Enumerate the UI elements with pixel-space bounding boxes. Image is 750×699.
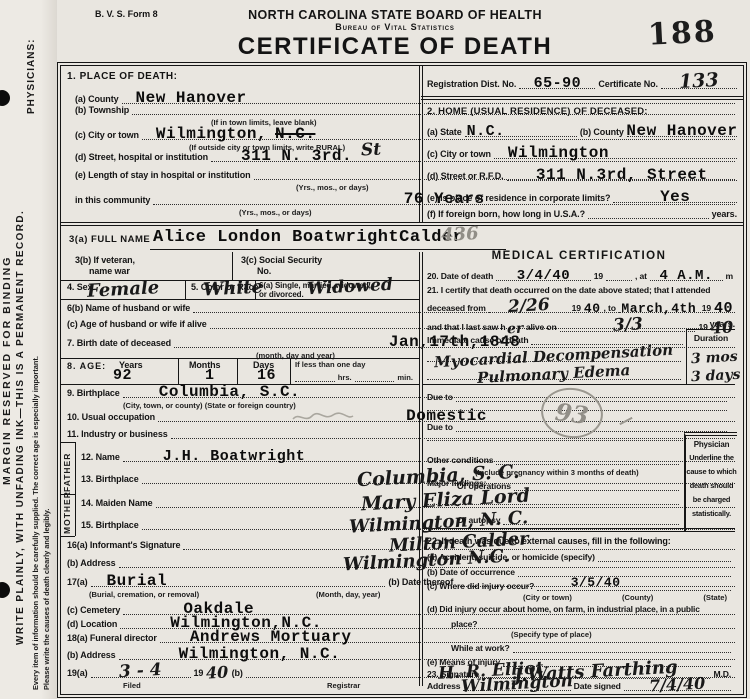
burial-type-line: Burial [91,571,386,587]
funeral-director-value: Andrews Mortuary [190,628,352,646]
injury-place-line [480,615,731,629]
place-city-struck-value: N.C. [275,125,315,143]
age-box-top [61,358,419,359]
other-conditions-label: Other conditions [427,455,493,465]
org-title: NORTH CAROLINA STATE BOARD OF HEALTH [200,8,590,22]
medical-certification-heading: MEDICAL CERTIFICATION [423,250,735,262]
form-number: B. V. S. Form 8 [95,9,158,19]
operations-line [514,477,679,491]
filed-caption: Filed [123,681,141,690]
father-name-label: 12. Name [81,452,120,462]
injury-place-hint: (Specify type of place) [511,630,592,639]
filed-year-value: 40 [206,662,229,682]
divider-4-5 [185,280,186,299]
operations-row: Of operations [457,478,679,491]
physician-note-line-4: be charged [686,495,737,504]
death-time-value: 4 A.M. [659,268,712,284]
injury-about-label: (d) Did injury occur about home, on farm… [427,604,700,614]
filed-b-label: (b) [232,668,243,678]
place-community-label: in this community [75,195,150,205]
where-injury-row: (c) Where did injury occur? [427,578,731,591]
physician-note-box: Physician Underline the cause to which d… [684,432,737,532]
filed-year-prefix: 19 [194,668,204,678]
operations-cont-line [427,504,679,505]
due-to-label-1: Due to [427,392,453,402]
date-signed-line: 7/4/40 [624,676,731,691]
place-street-value: 311 N. 3rd. [241,147,352,165]
cause-2-line: Pulmonary Edema [427,363,681,380]
at-work-label: While at work? [451,643,510,653]
mother-birthplace-label: 15. Birthplace [81,520,139,530]
punch-hole-top [0,90,10,106]
cemetery-location-label: (d) Location [67,619,117,629]
stamp-number: 188 [647,14,717,53]
marital-label-2: or divorced. [259,290,304,299]
place-street-handwritten: St [360,139,381,160]
funeral-address-label: (b) Address [67,650,116,660]
last-saw-19: 19 [698,322,707,332]
spouse-name-label: 6(b) Name of husband or wife [67,303,190,313]
informant-address-label: (b) Address [67,558,116,568]
filed-item-label: 19(a) [67,668,88,678]
death-certificate-page: { "margin": { "physicians": "PHYSICIANS:… [0,0,750,699]
attended-19b: 19 [702,303,711,313]
full-name-value: Alice London BoatwrightCalder [153,228,463,247]
occurrence-line [518,563,731,577]
physician-note-line-5: statistically. [686,509,737,518]
spouse-age-label: (c) Age of husband or wife if alive [67,319,207,329]
date-of-death-at: , at [635,271,647,281]
full-name-label: 3(a) FULL NAME [69,234,150,245]
where-injury-line [537,577,731,591]
injury-place-label: place? [451,619,477,629]
attended-from-line: 2/26 [489,296,569,313]
industry-label: 11. Industry or business [67,429,168,439]
immediate-cause-label: Immediate cause of death [427,335,528,345]
informant-signature-label: 16(a) Informant's Signature [67,540,180,550]
accident-line [598,548,731,562]
veteran-label-2: name war [89,266,130,276]
attended-year1-value: 40 [584,301,601,316]
place-stay-label: (e) Length of stay in hospital or instit… [75,170,251,180]
cause-bottom-rule [423,384,735,385]
other-conditions-line [496,451,679,465]
place-street-label: (d) Street, hospital or institution [75,152,208,162]
operations-label: Of operations [457,481,511,491]
place-city-value: Wilmington, [156,125,267,143]
certificate-form: 1. PLACE OF DEATH: (a) County New Hanove… [57,62,747,698]
external-causes-rule [423,528,735,532]
birthdate-label: 7. Birth date of deceased [67,338,171,348]
death-time-line: 4 A.M. [650,265,723,281]
margin-binding-note: MARGIN RESERVED FOR BINDING [1,155,13,485]
margin-physicians-label: PHYSICIANS: [26,8,37,114]
race-value: White [202,276,263,300]
occupation-label: 10. Usual occupation [67,412,155,422]
marital-value: Widowed [307,275,394,299]
duration-1-value: 3 mos [691,349,738,367]
where-hint-state: (State) [703,593,727,602]
funeral-director-label: 18(a) Funeral director [67,633,157,643]
physician-note-line-3: death should [686,481,737,490]
at-work-line [513,639,731,653]
father-birthplace-label: 13. Birthplace [81,474,139,484]
occurrence-label: (b) Date of occurrence [427,567,515,577]
date-signed-label: Date signed [574,681,621,691]
duration-top-rule [686,329,735,330]
page-title: CERTIFICATE OF DEATH [170,33,620,61]
margin-note-1: Every item of information should be care… [31,130,40,690]
date-of-death-row: 20. Date of death 3/4/40 19 , at 4 A.M. … [427,266,733,281]
injury-place-row: place? [451,616,731,629]
physician-address-row: Address Wilmington Date signed 7/4/40 [427,677,731,691]
certify-text: 21. I certify that death occurred on the… [427,285,710,295]
burial-type-value: Burial [107,572,168,590]
mother-side-label: MOTHER [62,496,72,534]
external-causes-heading: 22. If death was due to external causes,… [427,536,671,546]
cemetery-label: (c) Cemetery [67,605,120,615]
last-saw-line: 3/3 [560,315,696,332]
birthplace-label: 9. Birthplace [67,388,120,398]
duration-divider [686,329,687,384]
burial-date-hint: (Month, day, year) [316,590,380,599]
place-city-label: (c) City or town [75,130,139,140]
medical-certification-section: MEDICAL CERTIFICATION 20. Date of death … [423,66,735,686]
where-injury-label: (c) Where did injury occur? [427,581,534,591]
physician-note-title: Physician [686,440,737,449]
burial-type-hint: (Burial, cremation, or removal) [89,590,199,599]
mother-name-label: 14. Maiden Name [81,498,153,508]
due-to-label-2: Due to [427,422,453,432]
date-of-death-value: 3/4/40 [517,268,570,284]
where-hint-county: (County) [622,593,653,602]
where-injury-hints: (City or town) (County) (State) [523,592,727,602]
cause-line-1: Myocardial Decompensation [427,346,681,362]
physician-note-line-1: Underline the [686,453,737,462]
autopsy-row: Of autopsy [457,512,679,525]
parent-band-divider [75,442,76,536]
pencil-scribble [291,410,355,424]
due-to-cont-2 [427,440,683,441]
attended-from-row: deceased from 2/26 19 40 , to March,4th … [427,297,733,313]
where-hint-city: (City or town) [523,593,572,602]
divider-3bc [232,252,233,280]
physician-address-label: Address [427,681,460,691]
attended-from-value: 2/26 [507,295,550,317]
accident-row: (a) Accident, suicide, or homicide (spec… [427,549,731,562]
attended-from-label: deceased from [427,303,486,313]
cause-line-2: Pulmonary Edema [427,364,681,380]
physician-address-line: Wilmington [463,676,570,691]
attended-to-label: , to [604,303,616,313]
filed-date-value: 3 - 4 [119,660,163,682]
burial-item-label: 17(a) [67,577,88,587]
other-conditions-hint: (Include pregnancy within 3 months of de… [475,468,639,477]
death-time-m: m [726,271,734,281]
date-of-death-year-line [606,265,632,281]
attended-year2-value: 40 [714,300,733,317]
ssn-label-1: 3(c) Social Security [241,255,322,265]
father-side-label: FATHER [62,446,72,492]
binding-margin: MARGIN RESERVED FOR BINDING WRITE PLAINL… [0,0,57,699]
other-conditions-row: Other conditions [427,452,679,465]
ssn-label-2: No. [257,266,271,276]
attended-19a: 19 [572,303,581,313]
duration-2-value: 3 days [691,367,741,386]
father-name-value: J.H. Boatwright [163,448,306,465]
parent-band-top [61,442,75,443]
margin-write-plainly-note: WRITE PLAINLY, WITH UNFADING INK—THIS IS… [15,125,26,645]
date-signed-value: 7/4/40 [649,674,706,696]
registrar-caption: Registrar [327,681,360,690]
date-of-death-19: 19 [594,271,603,281]
date-of-death-label: 20. Date of death [427,271,493,281]
sex-value: Female [86,277,159,302]
accident-label: (a) Accident, suicide, or homicide (spec… [427,552,595,562]
last-saw-label-1: and that I last saw h [427,322,506,332]
birthplace-value: Columbia, S.C. [159,383,300,401]
autopsy-line [503,511,679,525]
place-of-death-heading: 1. PLACE OF DEATH: [67,71,177,82]
physician-note-line-2: cause to which [686,467,737,476]
margin-note-2: Please write the causes of death clearly… [42,130,51,690]
veteran-label-1: 3(b) If veteran, [75,255,135,265]
age-less-label: If less than one day [295,360,365,369]
place-township-label: (b) Township [75,105,129,115]
filed-date-line: 3 - 4 [91,661,191,678]
attended-to-line: March,4th [619,296,699,313]
punch-hole-bottom [0,582,10,598]
bureau-subtitle: Bureau of Vital Statistics [200,22,590,32]
at-work-row: While at work? [451,640,731,653]
age-label: 8. AGE: [67,361,106,371]
place-community-hint: (Yrs., mos., or days) [239,208,312,217]
duration-label: Duration [689,333,733,343]
date-of-death-line: 3/4/40 [496,265,591,281]
cause-1-line: Myocardial Decompensation [427,345,681,362]
autopsy-label: Of autopsy [457,515,500,525]
occurrence-row: (b) Date of occurrence [427,564,731,577]
